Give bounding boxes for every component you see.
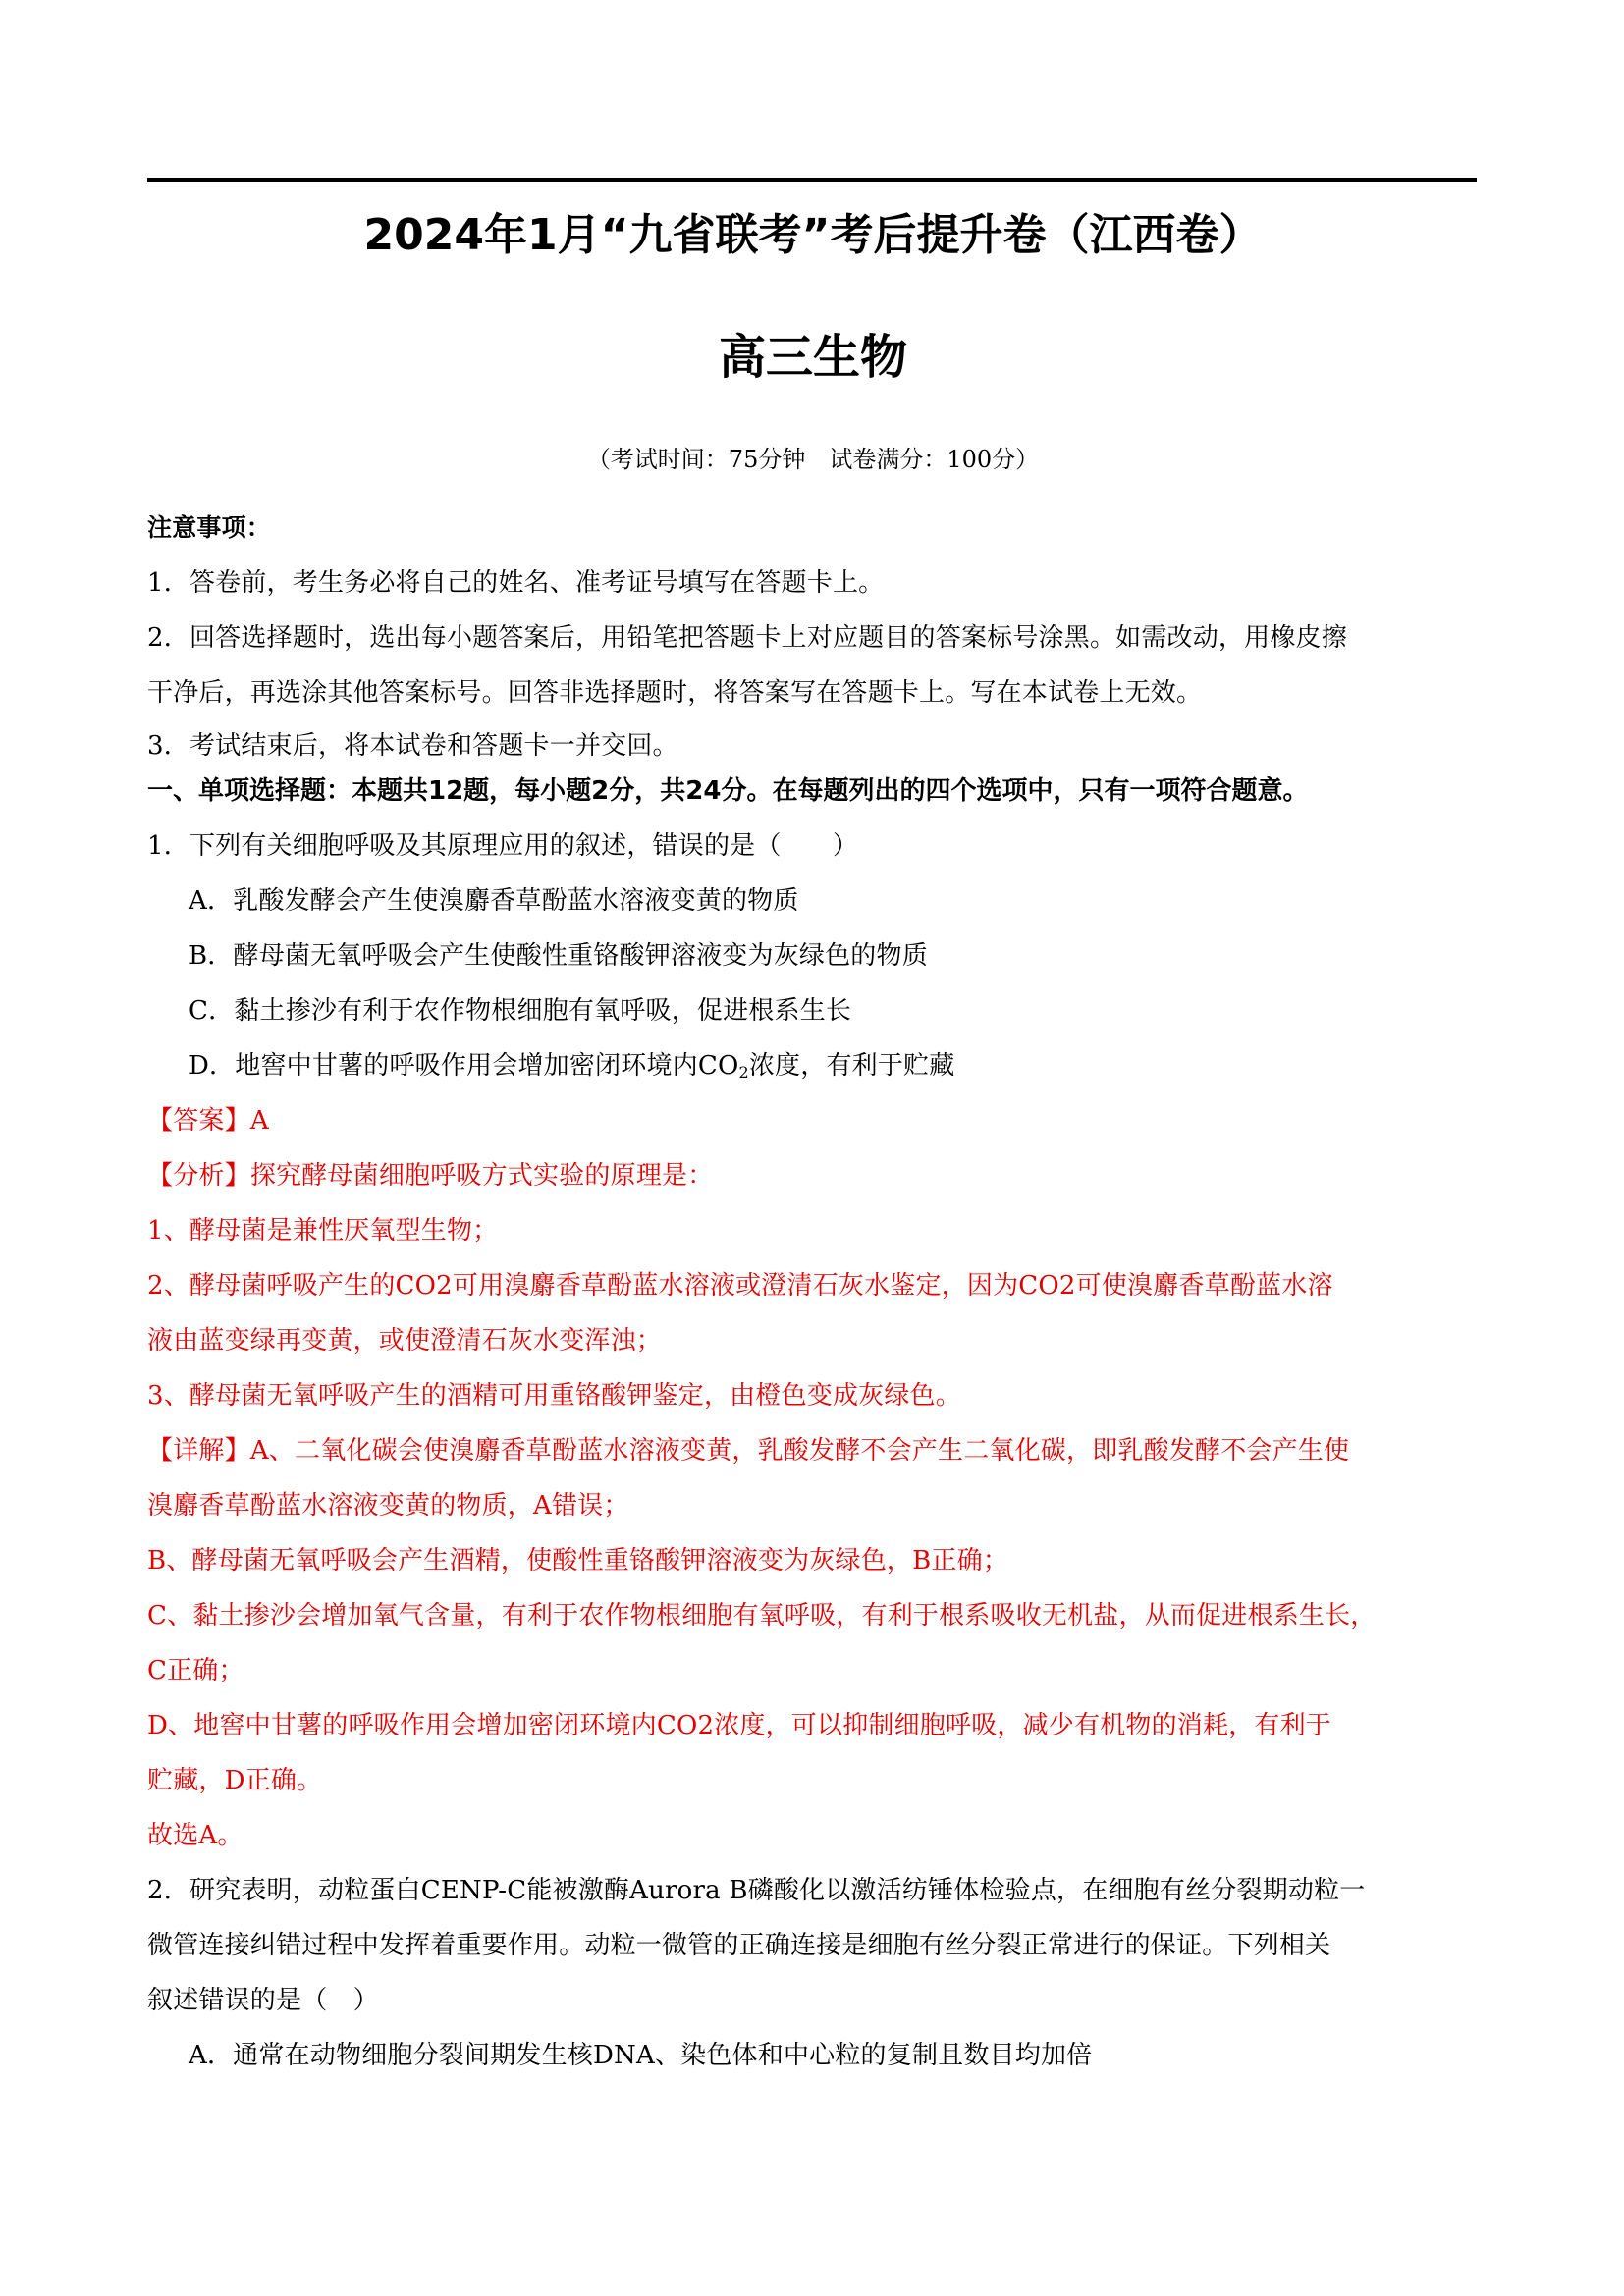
question-1-option-c: C．黏土掺沙有利于农作物根细胞有氧呼吸，促进根系生长 bbox=[147, 984, 1479, 1039]
section-1-heading: 一、单项选择题：本题共12题，每小题2分，共24分。在每题列出的四个选项中，只有… bbox=[147, 764, 1479, 819]
option-d-text-before: D．地窖中甘薯的呼吸作用会增加密闭环境内CO bbox=[189, 1051, 738, 1081]
detail-conclusion: 故选A。 bbox=[147, 1808, 1479, 1863]
analysis-point-1: 1、酵母菌是兼性厌氧型生物； bbox=[147, 1203, 1479, 1258]
answer-tag: 【答案】 bbox=[147, 1106, 250, 1136]
question-1-analysis: 【分析】探究酵母菌细胞呼吸方式实验的原理是： bbox=[147, 1148, 1479, 1203]
analysis-intro: 探究酵母菌细胞呼吸方式实验的原理是： bbox=[250, 1161, 714, 1191]
detail-line-c-continued: C正确； bbox=[147, 1643, 1479, 1698]
analysis-point-3: 3、酵母菌无氧呼吸产生的酒精可用重铬酸钾鉴定，由橙色变成灰绿色。 bbox=[147, 1368, 1479, 1423]
notice-item-1: 1．答卷前，考生务必将自己的姓名、准考证号填写在答题卡上。 bbox=[147, 556, 1479, 611]
detail-line-c: C、黏土掺沙会增加氧气含量，有利于农作物根细胞有氧呼吸，有利于根系吸收无机盐，从… bbox=[147, 1588, 1479, 1643]
question-1-option-d: D．地窖中甘薯的呼吸作用会增加密闭环境内CO2浓度，有利于贮藏 bbox=[147, 1039, 1479, 1094]
exam-time-and-score: （考试时间：75分钟 试卷满分：100分） bbox=[147, 444, 1479, 475]
detail-line-b: B、酵母菌无氧呼吸会产生酒精，使酸性重铬酸钾溶液变为灰绿色，B正确； bbox=[147, 1533, 1479, 1588]
analysis-point-2: 2、酵母菌呼吸产生的CO2可用溴麝香草酚蓝水溶液或澄清石灰水鉴定，因为CO2可使… bbox=[147, 1258, 1479, 1313]
exam-title: 2024年1月“九省联考”考后提升卷（江西卷） bbox=[147, 208, 1479, 263]
co2-subscript: 2 bbox=[738, 1063, 748, 1082]
question-1-option-b: B．酵母菌无氧呼吸会产生使酸性重铬酸钾溶液变为灰绿色的物质 bbox=[147, 929, 1479, 984]
analysis-point-2-continued: 液由蓝变绿再变黄，或使澄清石灰水变浑浊； bbox=[147, 1313, 1479, 1368]
exam-subject: 高三生物 bbox=[147, 328, 1479, 387]
question-1-answer: 【答案】A bbox=[147, 1094, 1479, 1148]
question-1-stem: 1．下列有关细胞呼吸及其原理应用的叙述，错误的是（ ） bbox=[147, 819, 1479, 874]
detail-first-line: A、二氧化碳会使溴麝香草酚蓝水溶液变黄，乳酸发酵不会产生二氧化碳，即乳酸发酵不会… bbox=[250, 1436, 1349, 1466]
detail-line-d: D、地窖中甘薯的呼吸作用会增加密闭环境内CO2浓度，可以抑制细胞呼吸，减少有机物… bbox=[147, 1698, 1479, 1753]
detail-tag: 【详解】 bbox=[147, 1436, 250, 1466]
option-d-text-after: 浓度，有利于贮藏 bbox=[749, 1051, 955, 1081]
notice-heading: 注意事项： bbox=[147, 501, 1479, 556]
question-1-option-a: A．乳酸发酵会产生使溴麝香草酚蓝水溶液变黄的物质 bbox=[147, 874, 1479, 929]
notice-item-2-continued: 干净后，再选涂其他答案标号。回答非选择题时，将答案写在答题卡上。写在本试卷上无效… bbox=[147, 666, 1479, 721]
question-1-detail: 【详解】A、二氧化碳会使溴麝香草酚蓝水溶液变黄，乳酸发酵不会产生二氧化碳，即乳酸… bbox=[147, 1423, 1479, 1478]
exam-content: 注意事项： 1．答卷前，考生务必将自己的姓名、准考证号填写在答题卡上。 2．回答… bbox=[147, 501, 1479, 2083]
notice-item-3: 3．考试结束后，将本试卷和答题卡一并交回。 bbox=[147, 721, 1479, 764]
analysis-tag: 【分析】 bbox=[147, 1161, 250, 1191]
detail-line-a-continued: 溴麝香草酚蓝水溶液变黄的物质，A错误； bbox=[147, 1478, 1479, 1533]
answer-value: A bbox=[250, 1106, 269, 1136]
question-2-stem-line-3: 叙述错误的是（ ） bbox=[147, 1973, 1479, 2028]
detail-line-d-continued: 贮藏，D正确。 bbox=[147, 1753, 1479, 1808]
question-2-option-a: A．通常在动物细胞分裂间期发生核DNA、染色体和中心粒的复制且数目均加倍 bbox=[147, 2028, 1479, 2083]
notice-item-2: 2．回答选择题时，选出每小题答案后，用铅笔把答题卡上对应题目的答案标号涂黑。如需… bbox=[147, 611, 1479, 666]
question-2-stem-line-1: 2．研究表明，动粒蛋白CENP-C能被激酶Aurora B磷酸化以激活纺锤体检验… bbox=[147, 1863, 1479, 1918]
question-2-stem-line-2: 微管连接纠错过程中发挥着重要作用。动粒一微管的正确连接是细胞有丝分裂正常进行的保… bbox=[147, 1918, 1479, 1973]
top-rule-divider bbox=[147, 178, 1477, 182]
